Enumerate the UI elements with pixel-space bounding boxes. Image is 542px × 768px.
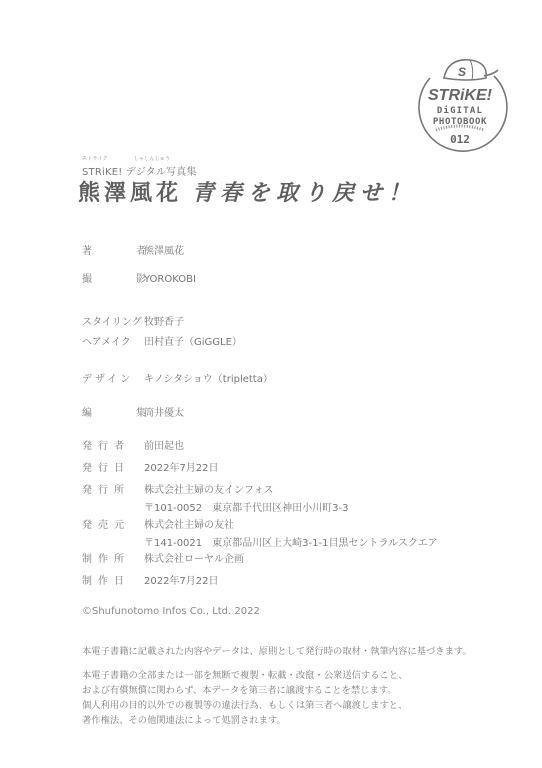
credit-label: 発行所: [82, 481, 144, 496]
credit-label: 発行日: [82, 459, 144, 474]
logo-badge-icon: S STRiKE! DiGITAL PHOTOBOOK 012: [408, 48, 512, 152]
title-subtitle: 青春を取り戻せ！: [192, 181, 416, 206]
svg-text:STRiKE!: STRiKE!: [428, 87, 493, 104]
credit-value: 株式会社主婦の友インフォス: [144, 481, 274, 496]
svg-text:S: S: [458, 65, 466, 79]
credit-row-publish-date: 発行日2022年7月22日: [82, 459, 219, 474]
credit-label: 発売元: [82, 516, 144, 531]
credit-value: 2022年7月22日: [144, 459, 219, 474]
credit-row-photographer: 撮 影YOROKOBI: [82, 270, 196, 285]
credit-row-distributor: 発売元株式会社主婦の友社 〒141-0021 東京都品川区上大崎3-1-1目黒セ…: [82, 516, 438, 549]
title-author-name: 熊澤風花: [78, 181, 182, 206]
svg-text:PHOTOBOOK: PHOTOBOOK: [433, 117, 487, 127]
content-notice: 本電子書籍に記載された内容やデータは、原則として発行時の取材・執筆内容に基づきま…: [82, 644, 472, 659]
svg-text:DiGITAL: DiGITAL: [437, 105, 483, 116]
credit-label: デザイン: [82, 370, 144, 385]
credit-row-publisher: 発行所株式会社主婦の友インフォス 〒101-0052 東京都千代田区神田小川町3…: [82, 481, 348, 514]
notice-line: 著作権法、その他関連法によって処罰されます。: [82, 713, 407, 728]
notice-line: 本電子書籍の全部または一部を無断で複製・転載・改竄・公衆送信すること、: [82, 668, 407, 683]
credit-row-author: 著 者熊澤風花: [82, 242, 184, 257]
credit-value: 前田起也: [144, 437, 184, 452]
credit-row-publisher-person: 発行者前田起也: [82, 437, 184, 452]
publisher-address: 〒101-0052 東京都千代田区神田小川町3-3: [144, 499, 348, 514]
notice-line: 個人利用の目的以外での複製等の違法行為、もしくは第三者へ譲渡しますと、: [82, 698, 407, 713]
credit-row-production-date: 制作日2022年7月22日: [82, 572, 219, 587]
credit-row-styling: スタイリング牧野香子: [82, 313, 184, 328]
copy-prohibition-notice: 本電子書籍の全部または一部を無断で複製・転載・改竄・公衆送信すること、 および有…: [82, 668, 407, 728]
credit-value: 田村直子（GiGGLE）: [144, 333, 242, 348]
notice-line: および有償無償に関わらず、本データを第三者に譲渡することを禁じます。: [82, 683, 407, 698]
credit-row-production: 制作所株式会社ローヤル企画: [82, 550, 244, 565]
credit-row-editor: 編 集筒井優太: [82, 404, 184, 419]
credit-value: 株式会社主婦の友社: [144, 516, 234, 531]
credit-label: 制作日: [82, 572, 144, 587]
credit-label: 制作所: [82, 550, 144, 565]
credit-row-design: デザインキノシタショウ（tripletta）: [82, 370, 273, 385]
credit-value: 牧野香子: [144, 313, 184, 328]
credit-value: 筒井優太: [144, 404, 184, 419]
credit-value: キノシタショウ（tripletta）: [144, 370, 273, 385]
credit-value: 株式会社ローヤル企画: [144, 550, 244, 565]
credit-label: スタイリング: [82, 313, 144, 328]
credit-label: ヘアメイク: [82, 333, 144, 348]
credit-value: YOROKOBI: [144, 274, 196, 285]
distributor-address: 〒141-0021 東京都品川区上大崎3-1-1目黒セントラルスクエア: [144, 534, 438, 549]
strike-digital-photobook-logo: S STRiKE! DiGITAL PHOTOBOOK 012: [408, 48, 512, 152]
credit-row-hairmake: ヘアメイク田村直子（GiGGLE）: [82, 333, 242, 348]
series-ruby: ストライク しゃしんしゅう: [82, 155, 170, 162]
credit-label: 撮 影: [82, 270, 144, 285]
copyright-notice: ©Shufunotomo Infos Co., Ltd. 2022: [82, 606, 260, 617]
credit-label: 著 者: [82, 242, 144, 257]
book-title: 熊澤風花青春を取り戻せ！: [78, 176, 416, 207]
credit-label: 編 集: [82, 404, 144, 419]
svg-text:012: 012: [450, 133, 470, 146]
credit-value: 2022年7月22日: [144, 572, 219, 587]
credit-value: 熊澤風花: [144, 242, 184, 257]
credit-label: 発行者: [82, 437, 144, 452]
